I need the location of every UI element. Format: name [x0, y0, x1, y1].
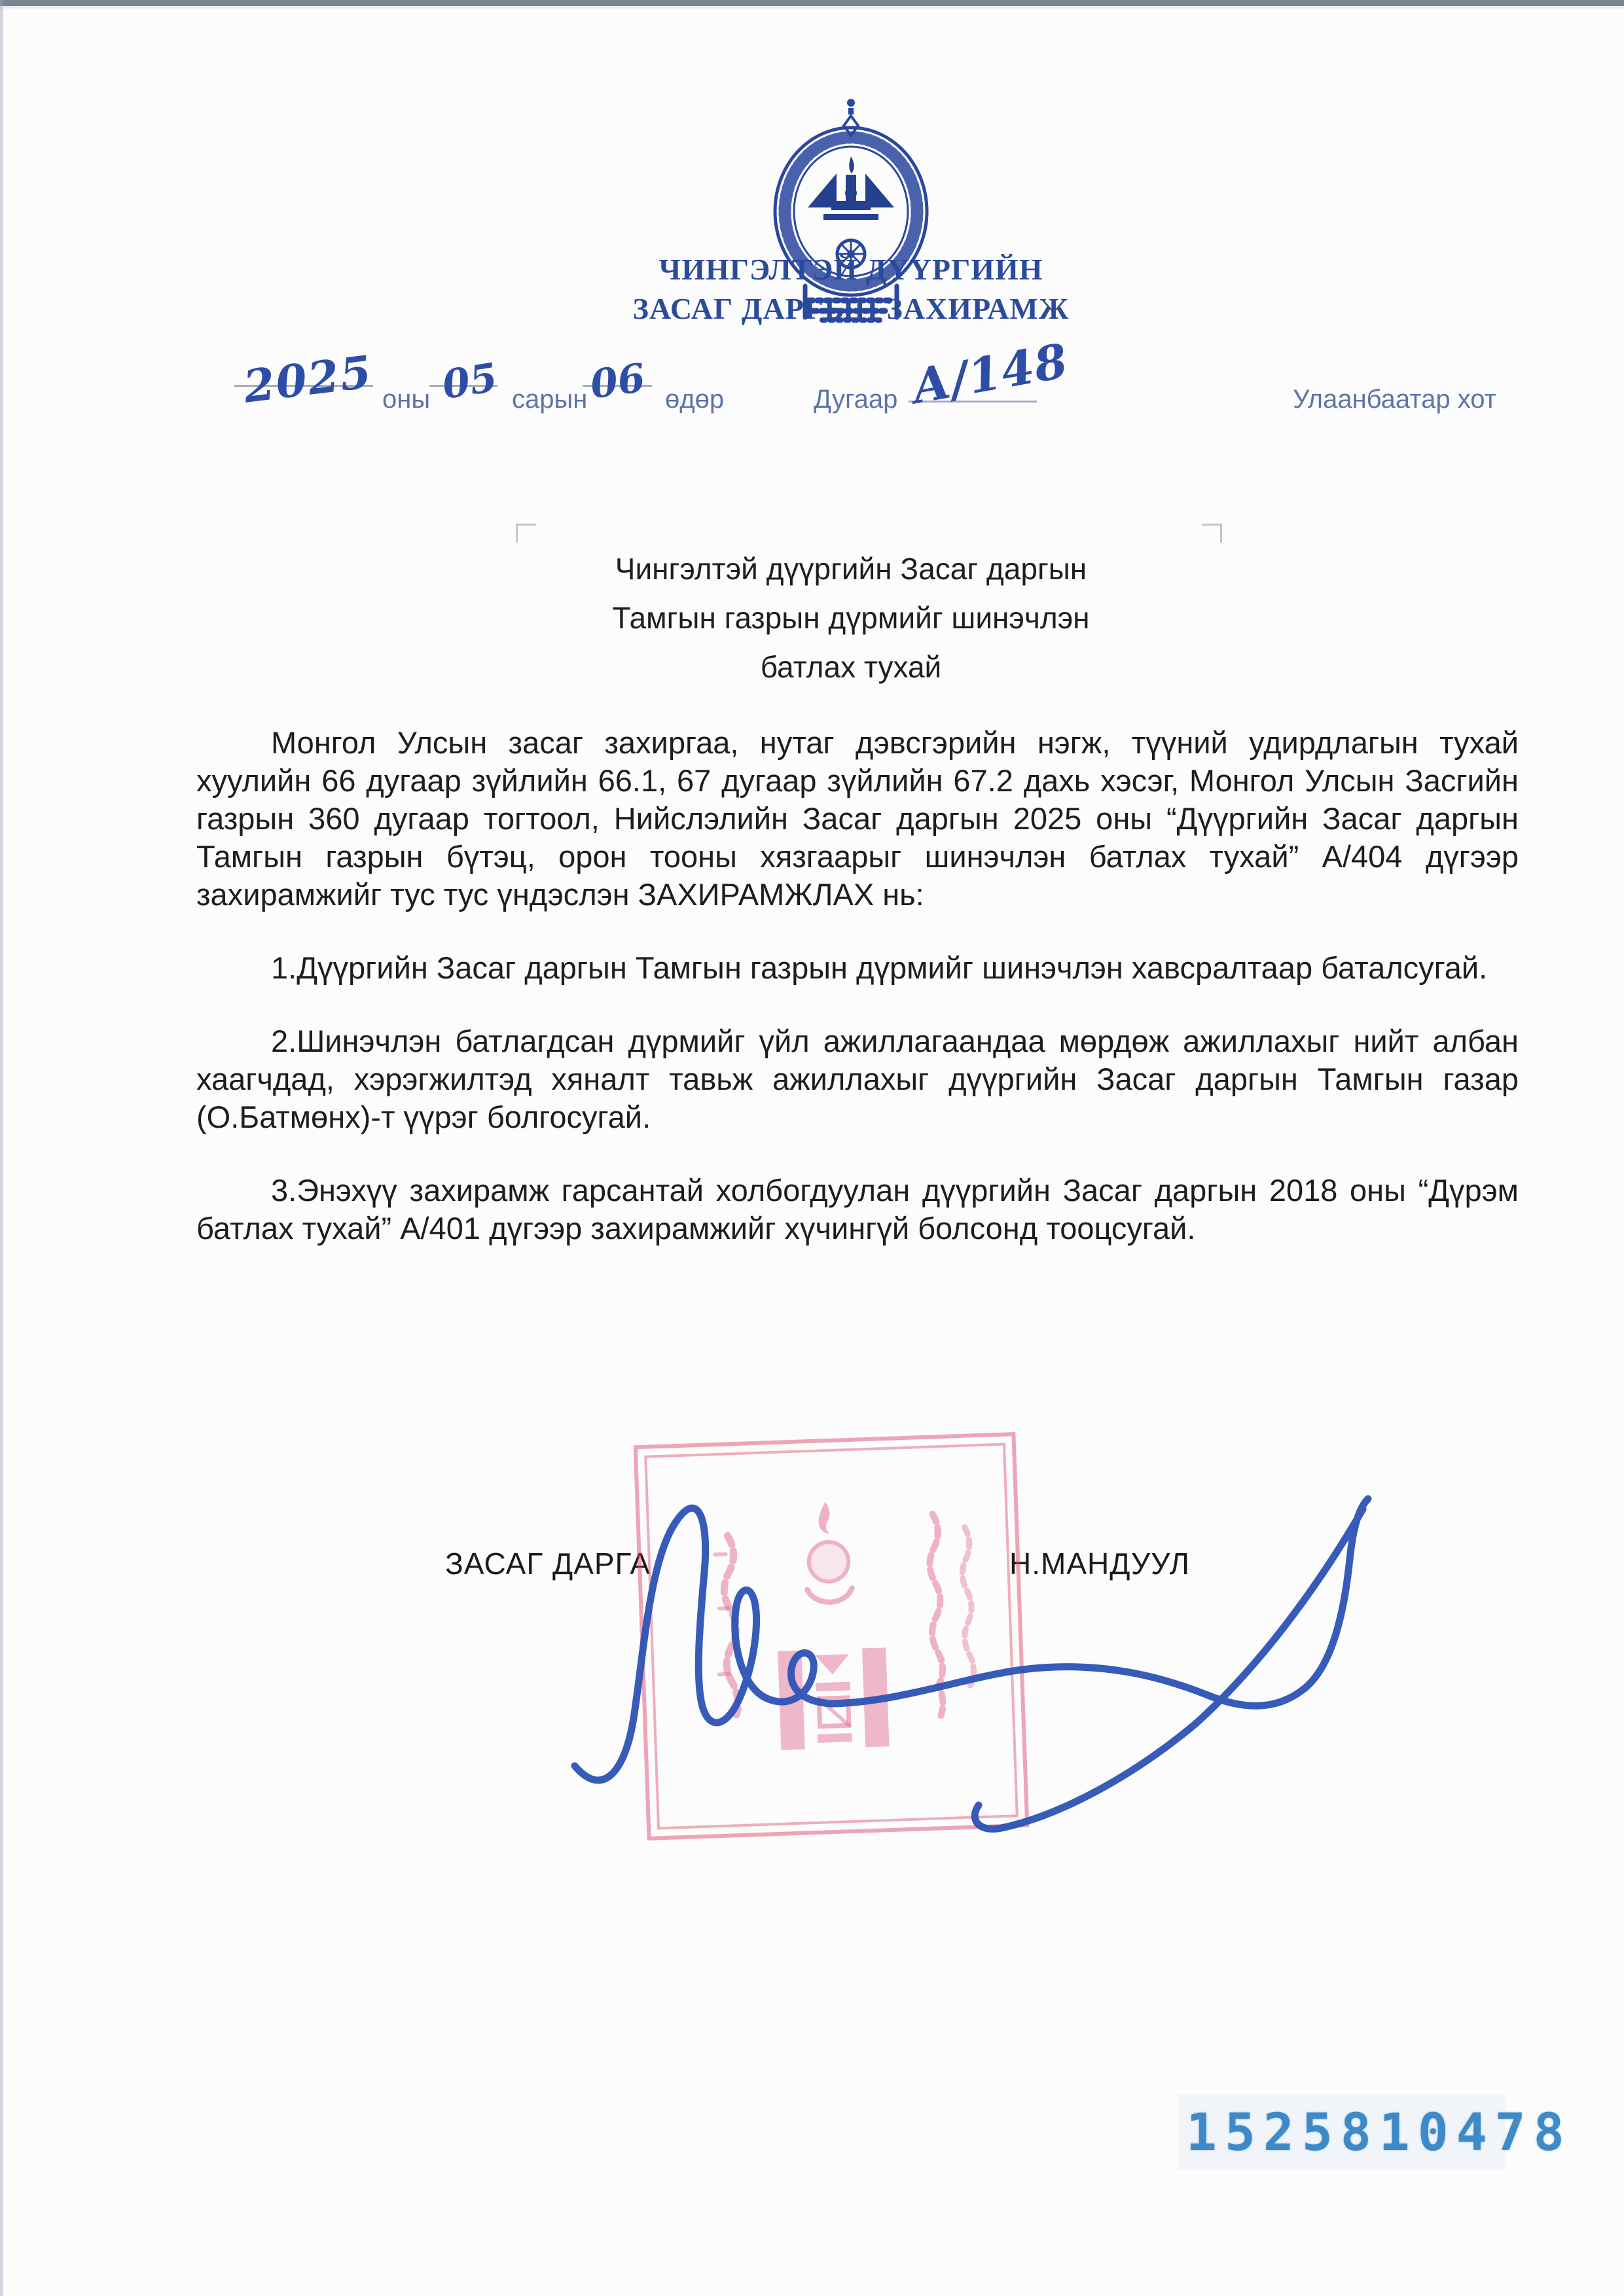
document-title-line1: Чингэлтэй дүүргийн Засаг даргын: [458, 545, 1244, 594]
org-title-line2: ЗАСАГ ДАРГЫН ЗАХИРАМЖ: [458, 289, 1244, 329]
signature-icon: [550, 1394, 1388, 1983]
scan-edge-top-soft: [0, 6, 1624, 9]
clause-1-paragraph: 1.Дүүргийн Засаг даргын Тамгын газрын дү…: [196, 949, 1519, 987]
title-corner-mark-left: [516, 524, 536, 543]
handwritten-day: 06: [588, 355, 648, 408]
city-label: Улаанбаатар хот: [1293, 385, 1496, 414]
document-title-line2: Тамгын газрын дүрмийг шинэчлэн: [458, 594, 1244, 643]
title-corner-mark-right: [1202, 524, 1222, 543]
month-label: сарын: [512, 385, 587, 414]
scan-edge-left: [0, 0, 3, 2296]
day-label: өдөр: [665, 385, 724, 414]
org-title: ЧИНГЭЛТЭЙ ДҮҮРГИЙН ЗАСАГ ДАРГЫН ЗАХИРАМЖ: [458, 250, 1244, 329]
year-label: оны: [382, 385, 430, 414]
document-title: Чингэлтэй дүүргийн Засаг даргын Тамгын г…: [458, 545, 1244, 692]
handwritten-year: 2025: [241, 346, 376, 413]
handwritten-month: 05: [439, 355, 500, 408]
document-body: Монгол Улсын засаг захиргаа, нутаг дэвсг…: [196, 724, 1519, 1283]
document-title-line3: батлах тухай: [458, 643, 1244, 692]
org-title-line1: ЧИНГЭЛТЭЙ ДҮҮРГИЙН: [458, 250, 1244, 289]
scan-edge-top: [0, 0, 1624, 6]
preamble-paragraph: Монгол Улсын засаг захиргаа, нутаг дэвсг…: [196, 724, 1519, 914]
clause-3-paragraph: 3.Энэхүү захирамж гарсантай холбогдуулан…: [196, 1172, 1519, 1247]
scanned-decree-document: ЧИНГЭЛТЭЙ ДҮҮРГИЙН ЗАСАГ ДАРГЫН ЗАХИРАМЖ…: [0, 0, 1624, 2296]
serial-number-stamp: 1525810478: [1186, 2104, 1572, 2162]
clause-2-paragraph: 2.Шинэчлэн батлагдсан дүрмийг үйл ажилла…: [196, 1022, 1519, 1136]
number-label: Дугаар: [814, 385, 897, 414]
